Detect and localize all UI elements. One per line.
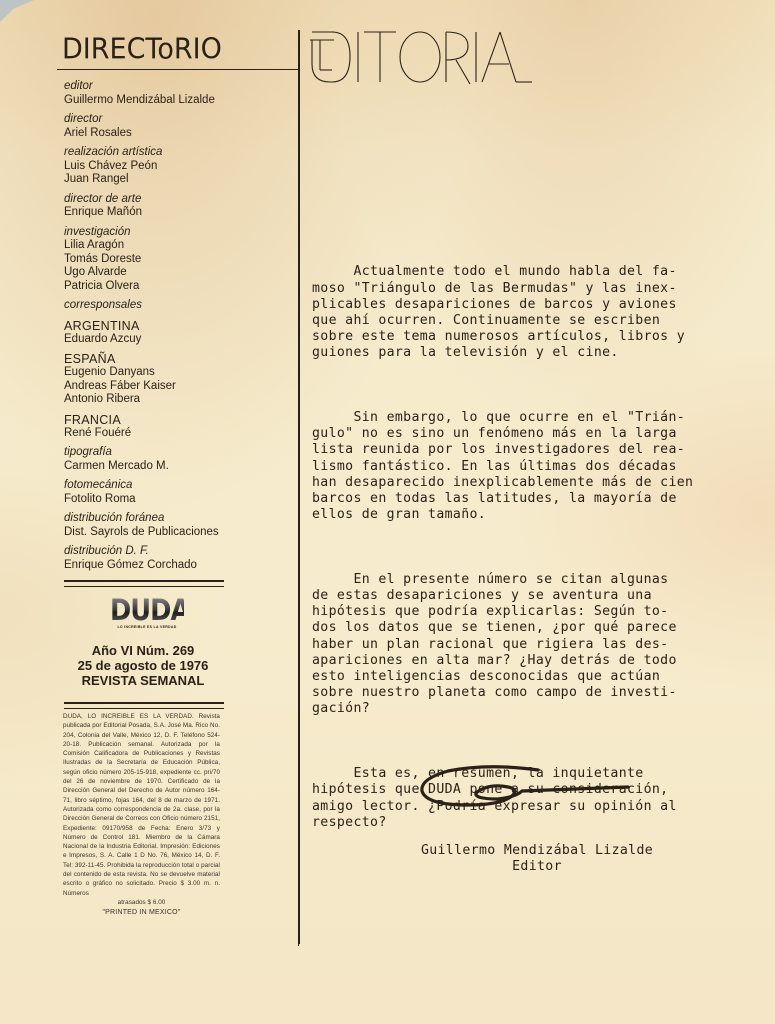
editorial-paragraph: Actualmente todo el mundo habla del fa- …	[312, 264, 762, 361]
signer-name: Guillermo Mendizábal Lizalde	[312, 843, 762, 859]
directorio-role: editor	[64, 80, 296, 94]
printed-in-mexico: "PRINTED IN MEXICO"	[63, 908, 220, 917]
directorio-group: ARGENTINAEduardo Azcuy	[64, 319, 296, 347]
column-divider	[298, 30, 300, 944]
directorio-name: Fotolito Roma	[64, 493, 296, 507]
directorio-name: Lilia Aragón	[64, 239, 296, 253]
directorio-name: Dist. Sayrols de Publicaciones	[64, 526, 296, 540]
directorio-role: distribución foránea	[64, 512, 296, 526]
editorial-title-lettering: EDITORIAL	[306, 26, 536, 88]
issue-number: Año VI Núm. 269	[58, 643, 228, 658]
legal-notice: DUDA, LO INCREIBLE ES LA VERDAD. Revista…	[63, 712, 220, 918]
signature-scribble-icon	[418, 765, 633, 815]
editorial-paragraph: Sin embargo, lo que ocurre en el "Trián-…	[312, 410, 762, 523]
directorio-name: Carmen Mercado M.	[64, 460, 296, 474]
directorio-group: director de arteEnrique Mañón	[64, 193, 296, 220]
directorio-role: corresponsales	[64, 299, 296, 313]
directorio-country: FRANCIA	[64, 413, 296, 427]
divider-rule	[64, 702, 224, 709]
directorio-group: fotomecánicaFotolito Roma	[64, 479, 296, 506]
duda-logo-wordmark: DUDA	[110, 597, 184, 626]
issue-frequency: REVISTA SEMANAL	[58, 673, 228, 688]
directorio-title: DIRECToRIO	[62, 33, 222, 66]
directorio-group: investigaciónLilia AragónTomás DoresteUg…	[64, 226, 296, 294]
divider-rule	[64, 580, 224, 587]
directorio-role: distribución D. F.	[64, 545, 296, 559]
directorio-name: Tomás Doreste	[64, 253, 296, 267]
directorio-name: Ugo Alvarde	[64, 266, 296, 280]
directorio-role: director	[64, 113, 296, 127]
editorial-title: EDITORIAL	[306, 26, 536, 88]
directorio-role: realización artística	[64, 146, 296, 160]
directorio-name: Enrique Gómez Corchado	[64, 559, 296, 573]
duda-logo: DUDA LO INCREIBLE ES LA VERDAD	[108, 598, 186, 629]
issue-date: 25 de agosto de 1976	[58, 658, 228, 673]
directorio-role: fotomecánica	[64, 479, 296, 493]
directorio-group: distribución D. F.Enrique Gómez Corchado	[64, 545, 296, 572]
directorio-name: Guillermo Mendizábal Lizalde	[64, 94, 296, 108]
directorio-group: directorAriel Rosales	[64, 113, 296, 140]
directorio-group: distribución foráneaDist. Sayrols de Pub…	[64, 512, 296, 539]
directorio-name: Antonio Ribera	[64, 393, 296, 407]
signer-block: Guillermo Mendizábal Lizalde Editor	[312, 843, 762, 875]
directorio-role: tipografía	[64, 446, 296, 460]
directorio-group: editorGuillermo Mendizábal Lizalde	[64, 80, 296, 107]
back-issue-price: atrasados $ 6.00	[63, 898, 220, 907]
directorio-country: ARGENTINA	[64, 319, 296, 333]
directorio-country: ESPAÑA	[64, 352, 296, 366]
directorio-list: editorGuillermo Mendizábal Lizaldedirect…	[64, 80, 296, 578]
editorial-paragraph: En el presente número se citan algunas d…	[312, 572, 762, 718]
directorio-name: Juan Rangel	[64, 173, 296, 187]
directorio-role: investigación	[64, 226, 296, 240]
directorio-name: Patricia Olvera	[64, 280, 296, 294]
directorio-name: Eugenio Danyans	[64, 366, 296, 380]
directorio-group: corresponsales	[64, 299, 296, 313]
directorio-group: ESPAÑAEugenio DanyansAndreas Fáber Kaise…	[64, 352, 296, 407]
directorio-name: Enrique Mañón	[64, 206, 296, 220]
directorio-group: tipografíaCarmen Mercado M.	[64, 446, 296, 473]
directorio-role: director de arte	[64, 193, 296, 207]
editor-signature	[418, 765, 633, 820]
issue-info: Año VI Núm. 269 25 de agosto de 1976 REV…	[58, 643, 228, 688]
directorio-name: Ariel Rosales	[64, 127, 296, 141]
signer-title: Editor	[312, 859, 762, 875]
directorio-group: FRANCIARené Fouéré	[64, 413, 296, 441]
directorio-group: realización artísticaLuis Chávez PeónJua…	[64, 146, 296, 187]
directorio-name: Luis Chávez Peón	[64, 160, 296, 174]
directorio-name: Eduardo Azcuy	[64, 333, 296, 347]
legal-text: DUDA, LO INCREIBLE ES LA VERDAD. Revista…	[63, 712, 220, 898]
directorio-name: René Fouéré	[64, 427, 296, 441]
directorio-name: Andreas Fáber Kaiser	[64, 380, 296, 394]
